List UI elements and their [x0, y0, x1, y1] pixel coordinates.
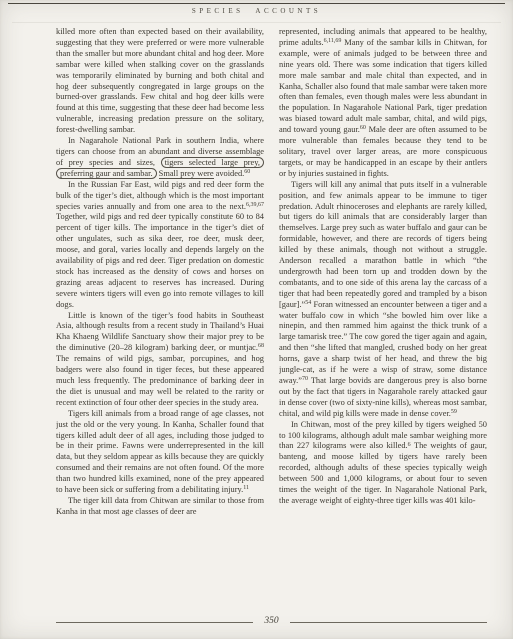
top-rule [8, 3, 505, 4]
footnote-reference: 68 [258, 343, 264, 349]
paragraph: The tiger kill data from Chitwan are sim… [56, 496, 264, 518]
footnote-reference: 60 [244, 169, 250, 175]
footnote-reference: 54 [305, 300, 311, 306]
footer-rule-right [290, 622, 487, 623]
footnote-reference: 6,11,69 [324, 38, 342, 44]
paragraph: Little is known of the tiger’s food habi… [56, 311, 264, 409]
footer-rule-left [56, 622, 253, 623]
right-column: represented, including animals that appe… [279, 27, 487, 604]
paragraph: In the Russian Far East, wild pigs and r… [56, 180, 264, 311]
footnote-reference: 6 [408, 442, 411, 448]
page-number: 350 [264, 616, 278, 626]
paragraph: Tigers kill animals from a broad range o… [56, 409, 264, 496]
running-head-rule [12, 22, 501, 23]
left-column: killed more often than expected based on… [56, 27, 264, 604]
pen-underline-annotation: Small prey were [159, 169, 214, 180]
footnote-reference: 70 [302, 376, 308, 382]
two-column-text-block: killed more often than expected based on… [56, 27, 487, 604]
footnote-reference: 6,39,67 [246, 202, 264, 208]
footnote-reference: 59 [451, 409, 457, 415]
paragraph: killed more often than expected based on… [56, 27, 264, 136]
paragraph: Tigers will kill any animal that puts it… [279, 180, 487, 420]
page-footer: 350 [56, 617, 487, 627]
footnote-reference: 11 [243, 485, 249, 491]
paragraph: In Nagarahole National Park in southern … [56, 136, 264, 180]
footnote-reference: 60 [360, 125, 366, 131]
running-head: SPECIES ACCOUNTS [0, 7, 513, 15]
paragraph: In Chitwan, most of the prey killed by t… [279, 420, 487, 507]
paragraph: represented, including animals that appe… [279, 27, 487, 180]
